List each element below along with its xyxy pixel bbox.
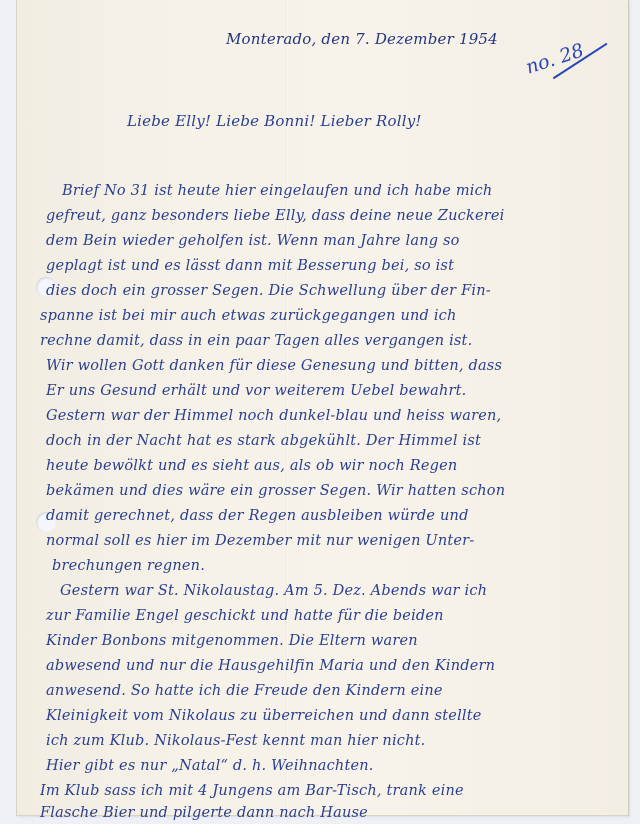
- letter-line: geplagt ist und es lässt dann mit Besser…: [46, 258, 454, 274]
- letter-line: doch in der Nacht hat es stark abgekühlt…: [46, 433, 481, 449]
- letter-line: Gestern war der Himmel noch dunkel-blau …: [46, 408, 501, 424]
- letter-line: Kleinigkeit vom Nikolaus zu überreichen …: [46, 708, 482, 724]
- letter-salutation: Liebe Elly! Liebe Bonni! Lieber Rolly!: [127, 112, 422, 130]
- letter-line: zur Familie Engel geschickt und hatte fü…: [46, 608, 444, 624]
- letter-line: anwesend. So hatte ich die Freude den Ki…: [46, 683, 443, 699]
- letter-line: Brief No 31 ist heute hier eingelaufen u…: [62, 183, 492, 199]
- letter-line: spanne ist bei mir auch etwas zurückgega…: [40, 308, 457, 324]
- letter-line: abwesend und nur die Hausgehilfin Maria …: [46, 658, 495, 674]
- letter-line: Er uns Gesund erhält und vor weiterem Ue…: [46, 383, 466, 399]
- letter-line: Im Klub sass ich mit 4 Jungens am Bar-Ti…: [40, 783, 464, 799]
- letter-line: Kinder Bonbons mitgenommen. Die Eltern w…: [46, 633, 418, 649]
- letter-line: Hier gibt es nur „Natal“ d. h. Weihnacht…: [46, 758, 374, 774]
- letter-line: dies doch ein grosser Segen. Die Schwell…: [46, 283, 491, 299]
- letter-line: damit gerechnet, dass der Regen ausbleib…: [46, 508, 469, 524]
- letter-line: heute bewölkt und es sieht aus, als ob w…: [46, 458, 457, 474]
- letter-line: gefreut, ganz besonders liebe Elly, dass…: [46, 208, 504, 224]
- letter-line: ich zum Klub. Nikolaus-Fest kennt man hi…: [46, 733, 425, 749]
- letter-line: brechungen regnen.: [52, 558, 205, 574]
- letter-line: Flasche Bier und pilgerte dann nach Haus…: [40, 805, 368, 821]
- letter-line: normal soll es hier im Dezember mit nur …: [46, 533, 474, 549]
- letter-dateline: Monterado, den 7. Dezember 1954: [226, 30, 498, 48]
- letter-line: Wir wollen Gott danken für diese Genesun…: [46, 358, 502, 374]
- letter-line: Gestern war St. Nikolaustag. Am 5. Dez. …: [60, 583, 487, 599]
- letter-line: rechne damit, dass in ein paar Tagen all…: [40, 333, 472, 349]
- letter-line: dem Bein wieder geholfen ist. Wenn man J…: [46, 233, 460, 249]
- letter-line: bekämen und dies wäre ein grosser Segen.…: [46, 483, 505, 499]
